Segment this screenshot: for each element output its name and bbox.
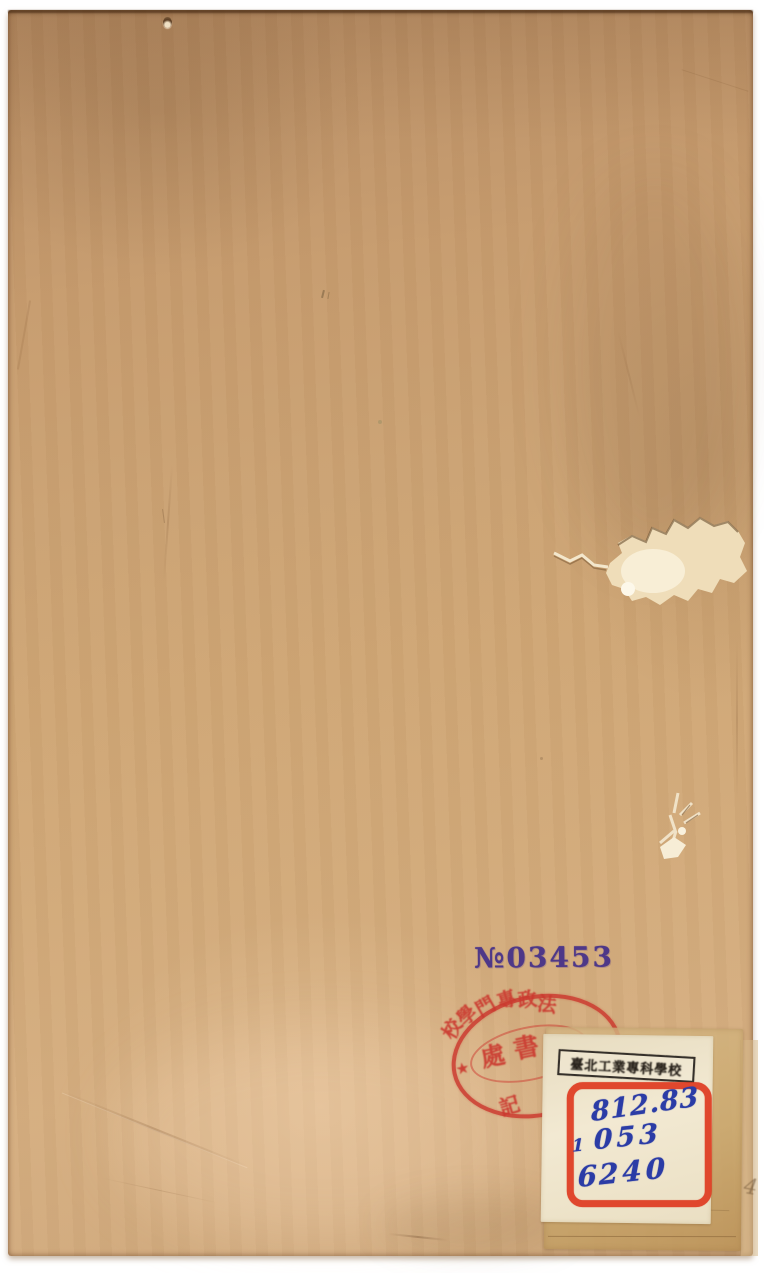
label-header-school-name: 臺北工業專科學校 [570, 1053, 683, 1078]
stamp-center-char: 書 [511, 1033, 541, 1063]
call-number-label: 臺北工業專科學校 812.83 1053 6240 [541, 1034, 714, 1224]
pin-hole [163, 17, 172, 28]
stamp-center-char: 處 [479, 1042, 507, 1070]
stamp-star-icon: ★ [456, 1062, 470, 1077]
paper-top-edge-shadow [8, 10, 753, 13]
stamp-arc-char: 法 [536, 995, 557, 1016]
scanned-book-cover: №03453 校 學 門 專 政 法 處 書 記 ★ 4 臺北工業專科學校 81… [0, 0, 764, 1273]
stamp-arc-char: 政 [517, 990, 538, 1011]
accession-number-stamp: №03453 [474, 940, 614, 974]
backing-fold-line [548, 1236, 736, 1237]
label-header-box: 臺北工業專科學校 [557, 1049, 695, 1083]
edge-pencil-mark: 4 [742, 1174, 759, 1200]
